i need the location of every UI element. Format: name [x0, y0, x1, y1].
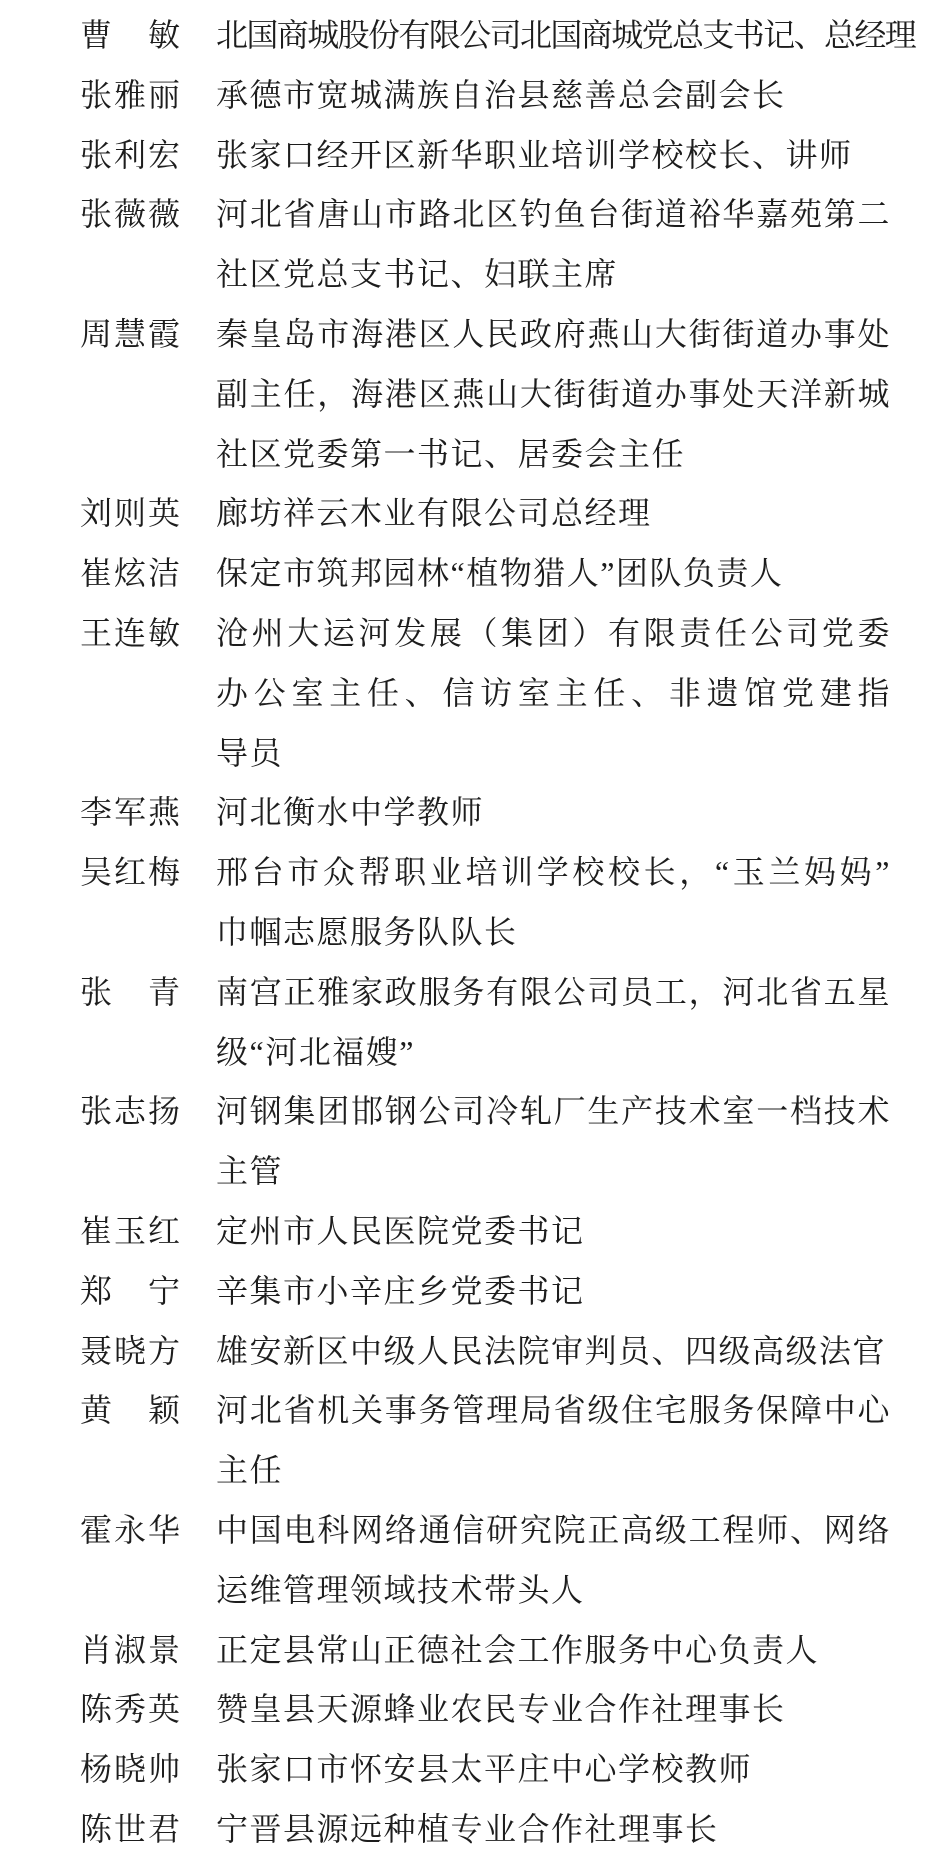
person-title: 正定县常山正德社会工作服务中心负责人	[216, 1621, 891, 1681]
list-item: 曹敏北国商城股份有限公司北国商城党总支书记、总经理	[80, 6, 935, 66]
person-name: 张薇薇	[80, 185, 180, 245]
person-title-line: 赞皇县天源蜂业农民专业合作社理事长	[216, 1680, 891, 1740]
person-title-line: 河钢集团邯钢公司冷轧厂生产技术室一档技术	[216, 1082, 891, 1142]
person-title: 河钢集团邯钢公司冷轧厂生产技术室一档技术主管	[216, 1082, 891, 1202]
person-title-line: 社区党委第一书记、居委会主任	[216, 425, 891, 485]
person-title: 中国电科网络通信研究院正高级工程师、网络运维管理领域技术带头人	[216, 1501, 891, 1621]
person-title-line: 办公室主任、信访室主任、非遗馆党建指	[216, 664, 891, 724]
person-title: 赞皇县天源蜂业农民专业合作社理事长	[216, 1680, 891, 1740]
person-name: 王连敏	[80, 604, 180, 664]
person-title: 河北省唐山市路北区钓鱼台街道裕华嘉苑第二社区党总支书记、妇联主席	[216, 185, 891, 305]
person-name: 黄颖	[80, 1381, 180, 1441]
person-name: 崔玉红	[80, 1202, 180, 1262]
person-title-line: 运维管理领域技术带头人	[216, 1561, 891, 1621]
list-item: 张志扬河钢集团邯钢公司冷轧厂生产技术室一档技术主管	[80, 1082, 935, 1202]
person-title-line: 中国电科网络通信研究院正高级工程师、网络	[216, 1501, 891, 1561]
person-title: 北国商城股份有限公司北国商城党总支书记、总经理	[216, 6, 891, 66]
list-item: 张薇薇河北省唐山市路北区钓鱼台街道裕华嘉苑第二社区党总支书记、妇联主席	[80, 185, 935, 305]
list-item: 肖淑景正定县常山正德社会工作服务中心负责人	[80, 1621, 935, 1681]
person-title: 河北省机关事务管理局省级住宅服务保障中心主任	[216, 1381, 891, 1501]
person-title: 南宫正雅家政服务有限公司员工，河北省五星级“河北福嫂”	[216, 963, 891, 1083]
person-title-line: 主管	[216, 1142, 891, 1202]
person-title: 廊坊祥云木业有限公司总经理	[216, 484, 891, 544]
person-title: 沧州大运河发展（集团）有限责任公司党委办公室主任、信访室主任、非遗馆党建指导员	[216, 604, 891, 783]
person-name: 聂晓方	[80, 1322, 180, 1382]
person-title-line: 河北衡水中学教师	[216, 783, 891, 843]
person-title-line: 邢台市众帮职业培训学校校长，“玉兰妈妈”	[216, 843, 891, 903]
person-title: 保定市筑邦园林“植物猎人”团队负责人	[216, 544, 891, 604]
person-name: 陈秀英	[80, 1680, 180, 1740]
person-title-line: 北国商城股份有限公司北国商城党总支书记、总经理	[216, 6, 891, 66]
person-title-line: 辛集市小辛庄乡党委书记	[216, 1262, 891, 1322]
person-name: 吴红梅	[80, 843, 180, 903]
person-name: 周慧霞	[80, 305, 180, 365]
list-item: 刘则英廊坊祥云木业有限公司总经理	[80, 484, 935, 544]
person-name: 李军燕	[80, 783, 180, 843]
person-title-line: 正定县常山正德社会工作服务中心负责人	[216, 1621, 891, 1681]
person-title-line: 南宫正雅家政服务有限公司员工，河北省五星	[216, 963, 891, 1023]
person-title-line: 张家口市怀安县太平庄中心学校教师	[216, 1740, 891, 1800]
person-title-line: 承德市宽城满族自治县慈善总会副会长	[216, 66, 891, 126]
person-title: 承德市宽城满族自治县慈善总会副会长	[216, 66, 891, 126]
person-title: 辛集市小辛庄乡党委书记	[216, 1262, 891, 1322]
person-title-line: 雄安新区中级人民法院审判员、四级高级法官	[216, 1322, 891, 1382]
list-item: 崔玉红定州市人民医院党委书记	[80, 1202, 935, 1262]
person-title-line: 秦皇岛市海港区人民政府燕山大街街道办事处	[216, 305, 891, 365]
person-title-line: 廊坊祥云木业有限公司总经理	[216, 484, 891, 544]
person-name: 郑宁	[80, 1262, 180, 1322]
person-name: 崔炫洁	[80, 544, 180, 604]
person-title: 秦皇岛市海港区人民政府燕山大街街道办事处副主任，海港区燕山大街街道办事处天洋新城…	[216, 305, 891, 484]
person-title-line: 河北省机关事务管理局省级住宅服务保障中心	[216, 1381, 891, 1441]
person-title-line: 级“河北福嫂”	[216, 1023, 891, 1083]
person-title-line: 副主任，海港区燕山大街街道办事处天洋新城	[216, 365, 891, 425]
person-title-line: 定州市人民医院党委书记	[216, 1202, 891, 1262]
person-name: 张青	[80, 963, 180, 1023]
person-title-line: 保定市筑邦园林“植物猎人”团队负责人	[216, 544, 891, 604]
person-name: 张雅丽	[80, 66, 180, 126]
person-name: 刘则英	[80, 484, 180, 544]
list-item: 张雅丽承德市宽城满族自治县慈善总会副会长	[80, 66, 935, 126]
person-title: 雄安新区中级人民法院审判员、四级高级法官	[216, 1322, 891, 1382]
list-item: 张青南宫正雅家政服务有限公司员工，河北省五星级“河北福嫂”	[80, 963, 935, 1083]
list-item: 杨晓帅张家口市怀安县太平庄中心学校教师	[80, 1740, 935, 1800]
list-item: 郑宁辛集市小辛庄乡党委书记	[80, 1262, 935, 1322]
person-name: 杨晓帅	[80, 1740, 180, 1800]
person-title: 河北衡水中学教师	[216, 783, 891, 843]
person-title-line: 张家口经开区新华职业培训学校校长、讲师	[216, 126, 891, 186]
list-item: 黄颖河北省机关事务管理局省级住宅服务保障中心主任	[80, 1381, 935, 1501]
person-title-line: 宁晋县源远种植专业合作社理事长	[216, 1800, 891, 1855]
person-title: 宁晋县源远种植专业合作社理事长	[216, 1800, 891, 1855]
person-name: 张志扬	[80, 1082, 180, 1142]
person-title-line: 主任	[216, 1441, 891, 1501]
person-title: 定州市人民医院党委书记	[216, 1202, 891, 1262]
person-name: 肖淑景	[80, 1621, 180, 1681]
person-title-line: 沧州大运河发展（集团）有限责任公司党委	[216, 604, 891, 664]
list-item: 陈秀英赞皇县天源蜂业农民专业合作社理事长	[80, 1680, 935, 1740]
list-item: 霍永华中国电科网络通信研究院正高级工程师、网络运维管理领域技术带头人	[80, 1501, 935, 1621]
list-item: 周慧霞秦皇岛市海港区人民政府燕山大街街道办事处副主任，海港区燕山大街街道办事处天…	[80, 305, 935, 484]
person-title: 张家口市怀安县太平庄中心学校教师	[216, 1740, 891, 1800]
person-title: 邢台市众帮职业培训学校校长，“玉兰妈妈”巾帼志愿服务队队长	[216, 843, 891, 963]
person-title: 张家口经开区新华职业培训学校校长、讲师	[216, 126, 891, 186]
list-item: 陈世君宁晋县源远种植专业合作社理事长	[80, 1800, 935, 1855]
person-name: 曹敏	[80, 6, 180, 66]
list-item: 崔炫洁保定市筑邦园林“植物猎人”团队负责人	[80, 544, 935, 604]
person-title-line: 巾帼志愿服务队队长	[216, 903, 891, 963]
person-name: 霍永华	[80, 1501, 180, 1561]
person-name: 张利宏	[80, 126, 180, 186]
list-item: 张利宏张家口经开区新华职业培训学校校长、讲师	[80, 126, 935, 186]
person-name: 陈世君	[80, 1800, 180, 1855]
person-title-line: 河北省唐山市路北区钓鱼台街道裕华嘉苑第二	[216, 185, 891, 245]
list-item: 王连敏沧州大运河发展（集团）有限责任公司党委办公室主任、信访室主任、非遗馆党建指…	[80, 604, 935, 783]
person-title-line: 社区党总支书记、妇联主席	[216, 245, 891, 305]
person-title-line: 导员	[216, 724, 891, 784]
honor-list: 曹敏北国商城股份有限公司北国商城党总支书记、总经理张雅丽承德市宽城满族自治县慈善…	[0, 0, 935, 1855]
list-item: 聂晓方雄安新区中级人民法院审判员、四级高级法官	[80, 1322, 935, 1382]
list-item: 吴红梅邢台市众帮职业培训学校校长，“玉兰妈妈”巾帼志愿服务队队长	[80, 843, 935, 963]
list-item: 李军燕河北衡水中学教师	[80, 783, 935, 843]
